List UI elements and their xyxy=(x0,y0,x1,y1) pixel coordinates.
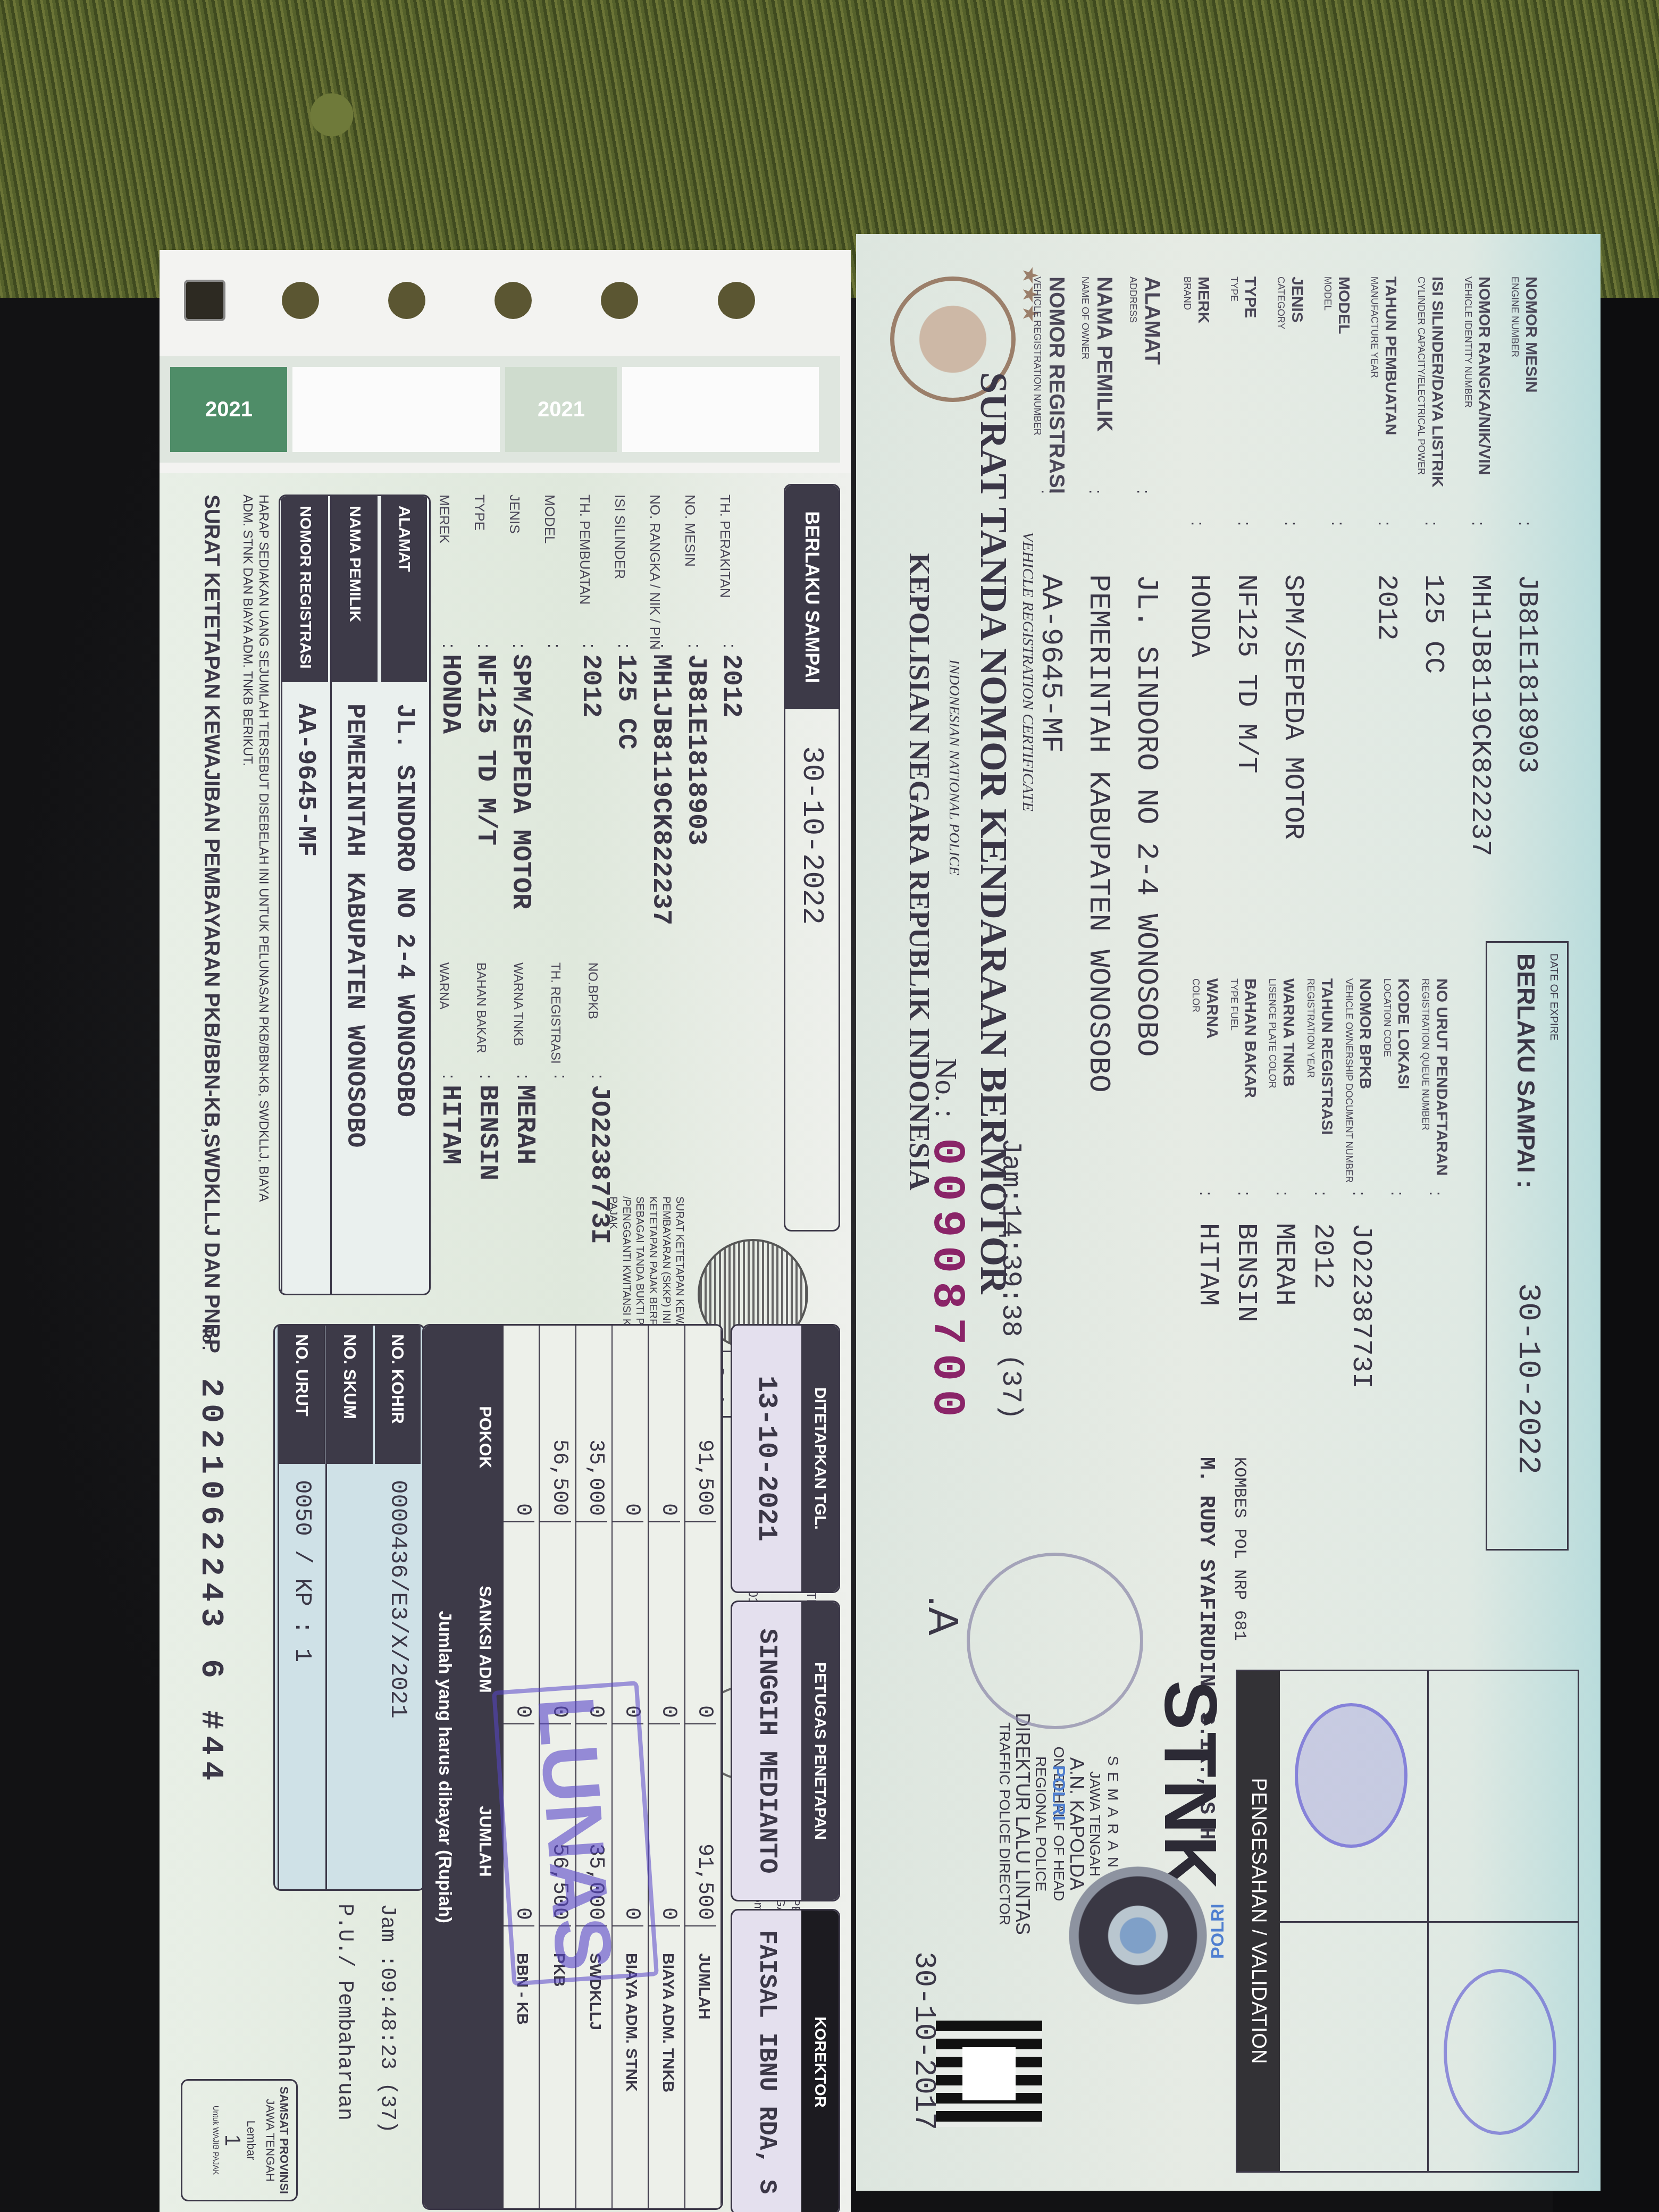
no-kohir: 0000436/E3/X/2021 xyxy=(375,1464,421,1889)
stnk-header-agency-en: INDONESIAN NATIONAL POLICE xyxy=(945,659,962,875)
identity-label: ALAMAT xyxy=(381,496,427,682)
lembar-label: Lembar xyxy=(244,2086,258,2194)
corrector-box: KOREKTOR FAISAL IBNU RDA, S xyxy=(731,1909,840,2212)
samsat-line2: JAWA TENGAH xyxy=(263,2086,277,2194)
field-label-en: NAME OF OWNER xyxy=(1079,276,1091,359)
validation-stamp-icon xyxy=(1295,1703,1407,1848)
field-colon: : xyxy=(1280,521,1301,526)
skkp-subtitle: HARAP SEDIAKAN UANG SEJUMLAH TERSEBUT DI… xyxy=(239,495,271,1228)
perforation-hole xyxy=(495,282,532,319)
corrector-label: KOREKTOR xyxy=(801,1911,839,2212)
field-colon: : xyxy=(1421,521,1442,526)
field-colon: : xyxy=(438,643,459,648)
field-label: MERK xyxy=(1194,276,1212,323)
field-row: ISI SILINDER:125 CC xyxy=(608,495,643,920)
field-row: TH. PERAKITAN:2012 xyxy=(714,495,749,920)
assigned-date-box: DITETAPKAN TGL. 13-10-2021 xyxy=(731,1324,840,1593)
lembar-note: Untuk WAJIB PAJAK xyxy=(212,2086,220,2194)
validation-divider xyxy=(1280,1921,1578,1923)
samsat-line1: SAMSAT PROVINSI xyxy=(277,2086,291,2194)
table-cell: 91,500 xyxy=(685,1347,716,1522)
skkp-valid-until: BERLAKU SAMPAI 30-10-2022 xyxy=(784,484,840,1231)
stnk-document: ★★★ KEPOLISIAN NEGARA REPUBLIK INDONESIA… xyxy=(856,234,1601,2191)
year-blank xyxy=(622,367,819,452)
field-row: BAHAN BAKAR:BENSIN xyxy=(470,962,505,1292)
corrector-name: FAISAL IBNU RDA, S xyxy=(732,1911,801,2212)
field-row: KODE LOKASILOCATION CODE: xyxy=(1381,978,1420,1670)
field-colon: : xyxy=(543,643,564,648)
field-colon: : xyxy=(1272,1191,1293,1196)
officer-label: PETUGAS PENETAPAN xyxy=(801,1602,839,1900)
field-colon: : xyxy=(1234,521,1254,526)
field-value: MERAH xyxy=(1269,1223,1300,1306)
skkp-numbers-box: NO. URUT 0050 / KP : 1 NO. SKUM NO. KOHI… xyxy=(273,1324,425,1891)
field-label-en: VEHICLE IDENTITY NUMBER xyxy=(1462,276,1473,408)
field-row: TYPETYPE:NF125 TD M/T xyxy=(1228,276,1275,968)
field-colon: : xyxy=(1310,1191,1331,1196)
owner-name: PEMERINTAH KABUPATEN WONOSOBO xyxy=(332,682,378,1294)
expiry-label-en: DATE OF EXPIRE xyxy=(1547,953,1560,1041)
field-row: TAHUN PEMBUATANMANUFACTURE YEAR:2012 xyxy=(1369,276,1415,968)
field-value: SPM/SEPEDA MOTOR xyxy=(505,654,535,909)
field-colon: : xyxy=(1374,521,1395,526)
valid-until-label: BERLAKU SAMPAI xyxy=(785,485,839,709)
field-colon: : xyxy=(684,643,705,648)
field-colon: : xyxy=(1085,489,1105,494)
field-label-en: LOCATION CODE xyxy=(1381,978,1393,1057)
stnk-number-suffix: .A xyxy=(919,1595,968,1636)
field-value: NF125 TD M/T xyxy=(1230,574,1262,773)
field-row: NO URUT PENDAFTARANREGISTRATION QUEUE NU… xyxy=(1420,978,1458,1670)
field-row: NO. MESIN:JB81E1818903 xyxy=(678,495,714,920)
field-label: TAHUN PEMBUATAN xyxy=(1381,276,1400,435)
validation-box: PENGESAHAN / VALIDATION xyxy=(1236,1670,1579,2173)
field-label: KODE LOKASI xyxy=(1394,978,1412,1089)
perforation-hole xyxy=(282,282,319,319)
field-colon: : xyxy=(438,1074,459,1079)
officer-box: PETUGAS PENETAPAN SINGGIH MEDIANTO xyxy=(731,1601,840,1901)
field-label: NOMOR REGISTRASI xyxy=(1044,276,1068,494)
field-label: MODEL xyxy=(541,495,558,543)
field-row: MERKBRAND:HONDA xyxy=(1182,276,1228,968)
skkp-serial: No. 2021062243 6 #44 xyxy=(192,1324,229,1787)
field-value: HONDA xyxy=(1184,574,1215,657)
field-label-en: ENGINE NUMBER xyxy=(1509,276,1520,357)
field-value: 125 CC xyxy=(610,654,641,750)
officer-name: SINGGIH MEDIANTO xyxy=(732,1602,801,1900)
field-colon: : xyxy=(579,643,599,648)
number-label: NO. SKUM xyxy=(327,1326,373,1464)
field-label-en: CYLINDER CAPACITY/ELECTRICAL POWER xyxy=(1415,276,1427,475)
field-row: WARNA TNKB:MERAH xyxy=(507,962,542,1292)
identity-label: NAMA PEMILIK xyxy=(332,496,378,682)
stnk-owner-fields: NOMOR REGISTRASIVEHICLE REGISTRATION NUM… xyxy=(1037,276,1186,1553)
field-value: 125 CC xyxy=(1418,574,1449,674)
perforation-hole xyxy=(601,282,638,319)
owner-address: JL. SINDORO NO 2-4 WONOSOBO xyxy=(381,682,427,1294)
field-label: TH. PERAKITAN xyxy=(717,495,733,598)
field-label-en: VEHICLE REGISTRATION NUMBER xyxy=(1032,276,1043,435)
serial-suffix: #44 xyxy=(192,1710,229,1787)
field-label: ALAMAT xyxy=(1140,276,1164,365)
polri-label: POLRI xyxy=(1048,1765,1069,1821)
field-label: ISI SILINDER xyxy=(611,495,628,579)
polri-label: POLRI xyxy=(1208,1904,1228,1959)
field-label: BAHAN BAKAR xyxy=(473,962,488,1053)
field-label-en: LISENCE PLATE COLOR xyxy=(1267,978,1278,1088)
field-label: JENIS xyxy=(1288,276,1306,323)
assigned-date-label: DITETAPKAN TGL. xyxy=(801,1326,839,1591)
perforation-hole xyxy=(186,282,223,319)
field-label: WARNA xyxy=(1203,978,1221,1038)
skkp-title: SURAT KETETAPAN KEWAJIBAN PEMBAYARAN PKB… xyxy=(199,495,223,1353)
field-label: NOMOR MESIN xyxy=(1522,276,1540,392)
field-row: WARNA TNKBLISENCE PLATE COLOR:MERAH xyxy=(1267,978,1305,1670)
field-label-en: CATEGORY xyxy=(1275,276,1286,329)
field-row: MEREK:HONDA xyxy=(433,495,468,920)
table-cell: 0 xyxy=(613,1347,643,1522)
field-colon: : xyxy=(1133,489,1153,494)
payment-table-title: Jumlah yang harus dibayar (Rupiah) xyxy=(424,1326,466,2208)
field-colon: : xyxy=(473,643,494,648)
field-value: JB81E1818903 xyxy=(681,654,711,845)
field-value: HITAM xyxy=(1192,1223,1224,1306)
field-label: NO.BPKB xyxy=(585,962,600,1019)
no-urut: 0050 / KP : 1 xyxy=(279,1464,325,1889)
stnk-brand: STNK xyxy=(1147,1680,1234,1891)
number-row: NO. URUT 0050 / KP : 1 xyxy=(278,1326,325,1889)
assigned-date: 13-10-2021 xyxy=(732,1326,801,1591)
field-value: AA-9645-MF xyxy=(1034,574,1068,753)
perforation-hole xyxy=(388,282,425,319)
field-value: 2012 xyxy=(1307,1223,1338,1289)
table-cell: 56,500 xyxy=(540,1347,571,1522)
field-row: NOMOR BPKBVEHICLE OWNERSHIP DOCUMENT NUM… xyxy=(1343,978,1381,1670)
no-skum xyxy=(327,1464,373,1889)
expiry-date: 30-10-2022 xyxy=(1510,1283,1546,1474)
perforation-strip: 2021 2021 xyxy=(160,250,851,473)
field-value: SPM/SEPEDA MOTOR xyxy=(1277,574,1309,840)
table-cell: 0 xyxy=(685,1549,716,1724)
year-tag: 2021 xyxy=(505,367,617,452)
field-label: NAMA PEMILIK xyxy=(1092,276,1116,432)
number-row: NO. SKUM xyxy=(325,1326,373,1889)
field-row: TYPE:NF125 TD M/T xyxy=(468,495,503,920)
column-header: JUMLAH xyxy=(475,1751,495,1932)
lunas-stamp: LUNAS xyxy=(492,1681,659,1986)
field-colon: : xyxy=(508,643,529,648)
serial-number: 2021062243 6 xyxy=(192,1378,229,1685)
field-value: NF125 TD M/T xyxy=(470,654,500,845)
field-colon: : xyxy=(1468,521,1488,526)
field-value: 2012 xyxy=(716,654,746,718)
field-label-en: BRAND xyxy=(1182,276,1193,310)
field-value: JB81E1818903 xyxy=(1511,574,1543,773)
skkp-vehicle-details: MEREK:HONDATYPE:NF125 TD M/TJENIS:SPM/SE… xyxy=(436,495,787,1292)
field-colon: : xyxy=(649,643,669,648)
field-label: TAHUN REGISTRASI xyxy=(1318,978,1336,1135)
field-row: MODEL: xyxy=(538,495,573,920)
identity-label: NOMOR REGISTRASI xyxy=(282,496,328,682)
field-colon: : xyxy=(1348,1191,1369,1196)
qr-code-icon xyxy=(936,2021,1042,2127)
field-label: TYPE xyxy=(1241,276,1259,318)
field-label: TH. REGISTRASI xyxy=(548,962,563,1064)
table-cell: 0 xyxy=(649,1549,680,1724)
polri-emblem-icon xyxy=(1069,1866,1207,2005)
field-label-en: REGISTRATION QUEUE NUMBER xyxy=(1420,978,1431,1130)
field-colon: : xyxy=(719,643,740,648)
field-label: NO URUT PENDAFTARAN xyxy=(1432,978,1451,1176)
field-label: NO. MESIN xyxy=(682,495,698,567)
field-value: BENSIN xyxy=(472,1085,502,1180)
column-header: POKOK xyxy=(475,1347,495,1528)
table-cell: 0 xyxy=(649,1347,680,1522)
field-label-en: ADDRESS xyxy=(1127,276,1138,323)
expiry-label: BERLAKU SAMPAI : xyxy=(1512,953,1540,1188)
skkp-document: 2021 2021 SURAT KETETAPAN KEWAJIBAN PEMB… xyxy=(160,250,851,2212)
stnk-vehicle-fields: MERKBRAND:HONDATYPETYPE:NF125 TD M/TJENI… xyxy=(1186,276,1579,968)
perforation-hole xyxy=(718,282,755,319)
field-row: TH. PEMBUATAN:2012 xyxy=(573,495,608,920)
field-value: HONDA xyxy=(435,654,465,734)
stnk-expiry-box: BERLAKU SAMPAI : DATE OF EXPIRE 30-10-20… xyxy=(1486,941,1569,1551)
field-label: MEREK xyxy=(436,495,453,543)
field-row: ISI SILINDER/DAYA LISTRIKCYLINDER CAPACI… xyxy=(1415,276,1462,968)
field-row: ALAMATADDRESS:JL. SINDORO NO 2-4 WONOSOB… xyxy=(1127,276,1175,1553)
process-time: Jam :09:48:23 (37) xyxy=(375,1904,399,2133)
year-tag: 2021 xyxy=(170,367,287,452)
field-row: NOMOR RANGKA/NIK/VINVEHICLE IDENTITY NUM… xyxy=(1462,276,1509,968)
field-row: TAHUN REGISTRASIREGISTRATION YEAR:2012 xyxy=(1305,978,1343,1670)
field-label: NO. RANGKA / NIK / PIN xyxy=(647,495,663,650)
field-value: MERAH xyxy=(509,1085,540,1164)
valid-until-date: 30-10-2022 xyxy=(785,709,839,1230)
field-label-en: REGISTRATION YEAR xyxy=(1305,978,1316,1078)
field-value: MH1JB8119CK822237 xyxy=(646,654,676,925)
table-row: 000BIAYA ADM. TNKB xyxy=(648,1326,685,2208)
column-header: SANKSI ADM xyxy=(475,1549,495,1730)
table-cell: 91,500 xyxy=(685,1751,716,1926)
field-label: ISI SILINDER/DAYA LISTRIK xyxy=(1428,276,1446,488)
table-row-label: JUMLAH xyxy=(695,1953,713,2020)
official-stamp-icon xyxy=(967,1553,1143,1729)
field-label: WARNA TNKB xyxy=(1279,978,1297,1087)
field-label-en: VEHICLE OWNERSHIP DOCUMENT NUMBER xyxy=(1343,978,1354,1183)
field-row: JENIS:SPM/SEPEDA MOTOR xyxy=(503,495,538,920)
table-row: 91,500091,500JUMLAH xyxy=(684,1326,722,2208)
identity-row: NOMOR REGISTRASI AA-9645-MF xyxy=(281,496,328,1294)
validation-divider xyxy=(1427,1671,1429,2171)
table-row-label: BIAYA ADM. TNKB xyxy=(659,1953,677,2092)
field-row: NO. RANGKA / NIK / PIN:MH1JB8119CK822237 xyxy=(643,495,678,920)
identity-row: NAMA PEMILIK PEMERINTAH KABUPATEN WONOSO… xyxy=(330,496,378,1294)
field-label: NOMOR BPKB xyxy=(1356,978,1374,1089)
field-value: PEMERINTAH KABUPATEN WONOSOBO xyxy=(1082,574,1116,1093)
field-value: JO2238773I xyxy=(1345,1223,1377,1389)
field-colon: : xyxy=(1187,521,1208,526)
stnk-print-time: Jam:14:39:38 (37) xyxy=(995,1138,1026,1420)
field-row: NOMOR REGISTRASIVEHICLE REGISTRATION NUM… xyxy=(1032,276,1079,1553)
lembar-number: 1 xyxy=(220,2086,244,2194)
field-row: JENISCATEGORY:SPM/SEPEDA MOTOR xyxy=(1275,276,1322,968)
field-colon: : xyxy=(1234,1191,1254,1196)
table-cell: 0 xyxy=(504,1347,534,1522)
field-colon: : xyxy=(587,1074,608,1079)
field-colon: : xyxy=(1037,489,1058,494)
field-row: MODELMODEL: xyxy=(1322,276,1369,968)
field-colon: : xyxy=(1327,521,1348,526)
field-colon: : xyxy=(1195,1191,1216,1196)
skkp-identity-box: NOMOR REGISTRASI AA-9645-MF NAMA PEMILIK… xyxy=(279,495,431,1295)
field-colon: : xyxy=(475,1074,496,1079)
field-row: NOMOR MESINENGINE NUMBER:JB81E1818903 xyxy=(1509,276,1556,968)
validation-stamp-icon xyxy=(1444,1969,1556,2135)
number-label: NO. KOHIR xyxy=(375,1326,421,1464)
field-label: JENIS xyxy=(506,495,523,534)
field-colon: : xyxy=(1387,1191,1407,1196)
year-band: 2021 2021 xyxy=(160,356,840,463)
field-label-en: MODEL xyxy=(1322,276,1333,311)
process-type: P.U./ Pembaharuan xyxy=(332,1904,356,2121)
field-label-en: TYPE xyxy=(1228,276,1239,301)
serial-label: No. xyxy=(197,1324,215,1353)
year-blank xyxy=(292,367,500,452)
field-label: TH. PEMBUATAN xyxy=(576,495,593,605)
field-value: JL. SINDORO NO 2-4 WONOSOBO xyxy=(1129,574,1163,1057)
field-label: TYPE xyxy=(471,495,488,531)
field-colon: : xyxy=(513,1074,533,1079)
field-value: 2012 xyxy=(575,654,606,718)
field-colon: : xyxy=(1425,1191,1446,1196)
field-row: NAMA PEMILIKNAME OF OWNER:PEMERINTAH KAB… xyxy=(1079,276,1127,1553)
number-row: NO. KOHIR 0000436/E3/X/2021 xyxy=(375,1326,421,1889)
registration-number: AA-9645-MF xyxy=(282,682,328,1294)
field-label: MODEL xyxy=(1335,276,1353,334)
field-value: HITAM xyxy=(435,1085,465,1164)
field-label: BAHAN BAKAR xyxy=(1241,978,1259,1098)
field-colon: : xyxy=(1514,521,1535,526)
field-label-en: COLOR xyxy=(1190,978,1201,1012)
field-row: TH. REGISTRASI: xyxy=(544,962,580,1292)
samsat-box: SAMSAT PROVINSI JAWA TENGAH Lembar 1 Unt… xyxy=(181,2079,298,2201)
field-label-en: MANUFACTURE YEAR xyxy=(1369,276,1380,378)
stnk-number: 00908700 xyxy=(921,1138,973,1426)
stnk-number-label: No. : xyxy=(928,1058,962,1118)
field-value: MH1JB8119CK822237 xyxy=(1464,574,1496,857)
table-cell: 35,000 xyxy=(576,1347,607,1522)
identity-row: ALAMAT JL. SINDORO NO 2-4 WONOSOBO xyxy=(381,496,427,1294)
field-value: BENSIN xyxy=(1230,1223,1262,1322)
validation-header: PENGESAHAN / VALIDATION xyxy=(1237,1671,1280,2171)
field-value: 2012 xyxy=(1371,574,1402,641)
field-colon: : xyxy=(614,643,634,648)
field-label: WARNA xyxy=(436,962,451,1009)
number-label: NO. URUT xyxy=(279,1326,325,1464)
signatory-rank: KOMBES POL NRP 681 xyxy=(1230,1457,1250,1641)
field-label-en: TYPE FUEL xyxy=(1228,978,1239,1030)
field-colon: : xyxy=(550,1074,571,1079)
field-label: NOMOR RANGKA/NIK/VIN xyxy=(1475,276,1493,475)
field-label: WARNA TNKB xyxy=(510,962,525,1046)
field-row: WARNA:HITAM xyxy=(433,962,468,1292)
